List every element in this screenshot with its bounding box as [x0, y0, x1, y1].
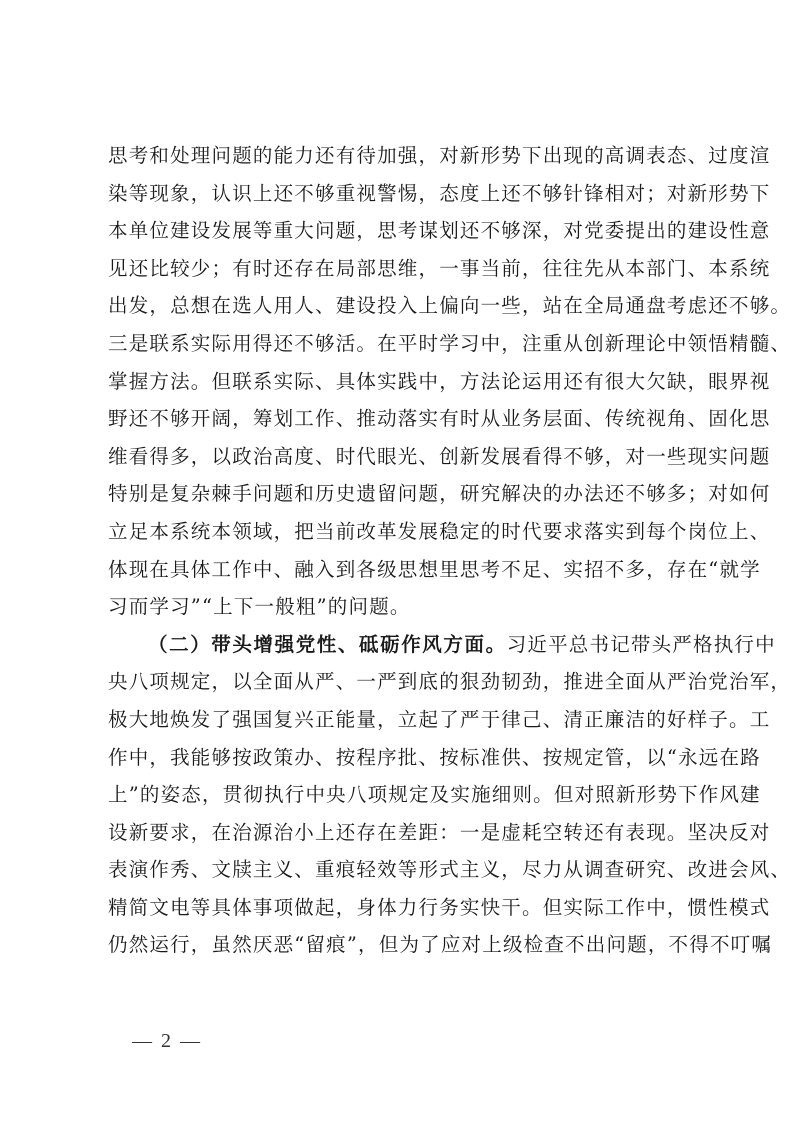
- paragraph-2: （二）带头增强党性、砥砺作风方面。习近平总书记带头严格执行中 央八项规定，以全面…: [108, 626, 694, 964]
- text-line: 出发，总想在选人用人、建设投入上偏向一些，站在全局通盘考虑还不够。: [108, 287, 694, 325]
- text-line: 仍然运行，虽然厌恶“留痕”，但为了应对上级检查不出问题，不得不叮嘱: [108, 926, 694, 964]
- text-line: 特别是复杂棘手问题和历史遗留问题，研究解决的办法还不够多；对如何: [108, 475, 694, 513]
- text-line: 央八项规定，以全面从严、一严到底的狠劲韧劲，推进全面从严治党治军，: [108, 663, 694, 701]
- text-line: 掌握方法。但联系实际、具体实践中，方法论运用还有很大欠缺，眼界视: [108, 363, 694, 401]
- text-line: 精简文电等具体事项做起，身体力行务实快干。但实际工作中，惯性模式: [108, 889, 694, 927]
- text-line: 作中，我能够按政策办、按程序批、按标准供、按规定管，以“永远在路: [108, 739, 694, 777]
- text-line: 三是联系实际用得还不够活。在平时学习中，注重从创新理论中领悟精髓、: [108, 325, 694, 363]
- page-number: — 2 —: [132, 1030, 202, 1053]
- text-line: 野还不够开阔，筹划工作、推动落实有时从业务层面、传统视角、固化思: [108, 400, 694, 438]
- text-line: 见还比较少；有时还存在局部思维，一事当前，往往先从本部门、本系统: [108, 250, 694, 288]
- text-line: 思考和处理问题的能力还有待加强，对新形势下出现的高调表态、过度渲: [108, 137, 694, 175]
- text-line: 设新要求，在治源治小上还存在差距：一是虚耗空转还有表现。坚决反对: [108, 814, 694, 852]
- text-line: 立足本系统本领域，把当前改革发展稳定的时代要求落实到每个岗位上、: [108, 513, 694, 551]
- section-heading-line: （二）带头增强党性、砥砺作风方面。习近平总书记带头严格执行中: [108, 626, 694, 664]
- document-page: 思考和处理问题的能力还有待加强，对新形势下出现的高调表态、过度渲 染等现象，认识…: [0, 0, 793, 1122]
- text-line: 上”的姿态，贯彻执行中央八项规定及实施细则。但对照新形势下作风建: [108, 776, 694, 814]
- text-line: 习而学习”“上下一般粗”的问题。: [108, 588, 694, 626]
- text-line: 染等现象，认识上还不够重视警惕，态度上还不够针锋相对；对新形势下: [108, 175, 694, 213]
- text-line: 体现在具体工作中、融入到各级思想里思考不足、实招不多，存在“就学: [108, 551, 694, 589]
- text-line: 表演作秀、文牍主义、重痕轻效等形式主义，尽力从调查研究、改进会风、: [108, 851, 694, 889]
- text-line: 本单位建设发展等重大问题，思考谋划还不够深，对党委提出的建设性意: [108, 212, 694, 250]
- paragraph-1: 思考和处理问题的能力还有待加强，对新形势下出现的高调表态、过度渲 染等现象，认识…: [108, 137, 694, 626]
- text-segment: 习近平总书记带头严格执行中: [507, 633, 776, 656]
- text-line: 维看得多，以政治高度、时代眼光、创新发展看得不够，对一些现实问题: [108, 438, 694, 476]
- body-text: 思考和处理问题的能力还有待加强，对新形势下出现的高调表态、过度渲 染等现象，认识…: [108, 137, 694, 964]
- section-heading: （二）带头增强党性、砥砺作风方面。: [148, 633, 507, 656]
- text-line: 极大地焕发了强国复兴正能量，立起了严于律己、清正廉洁的好样子。工: [108, 701, 694, 739]
